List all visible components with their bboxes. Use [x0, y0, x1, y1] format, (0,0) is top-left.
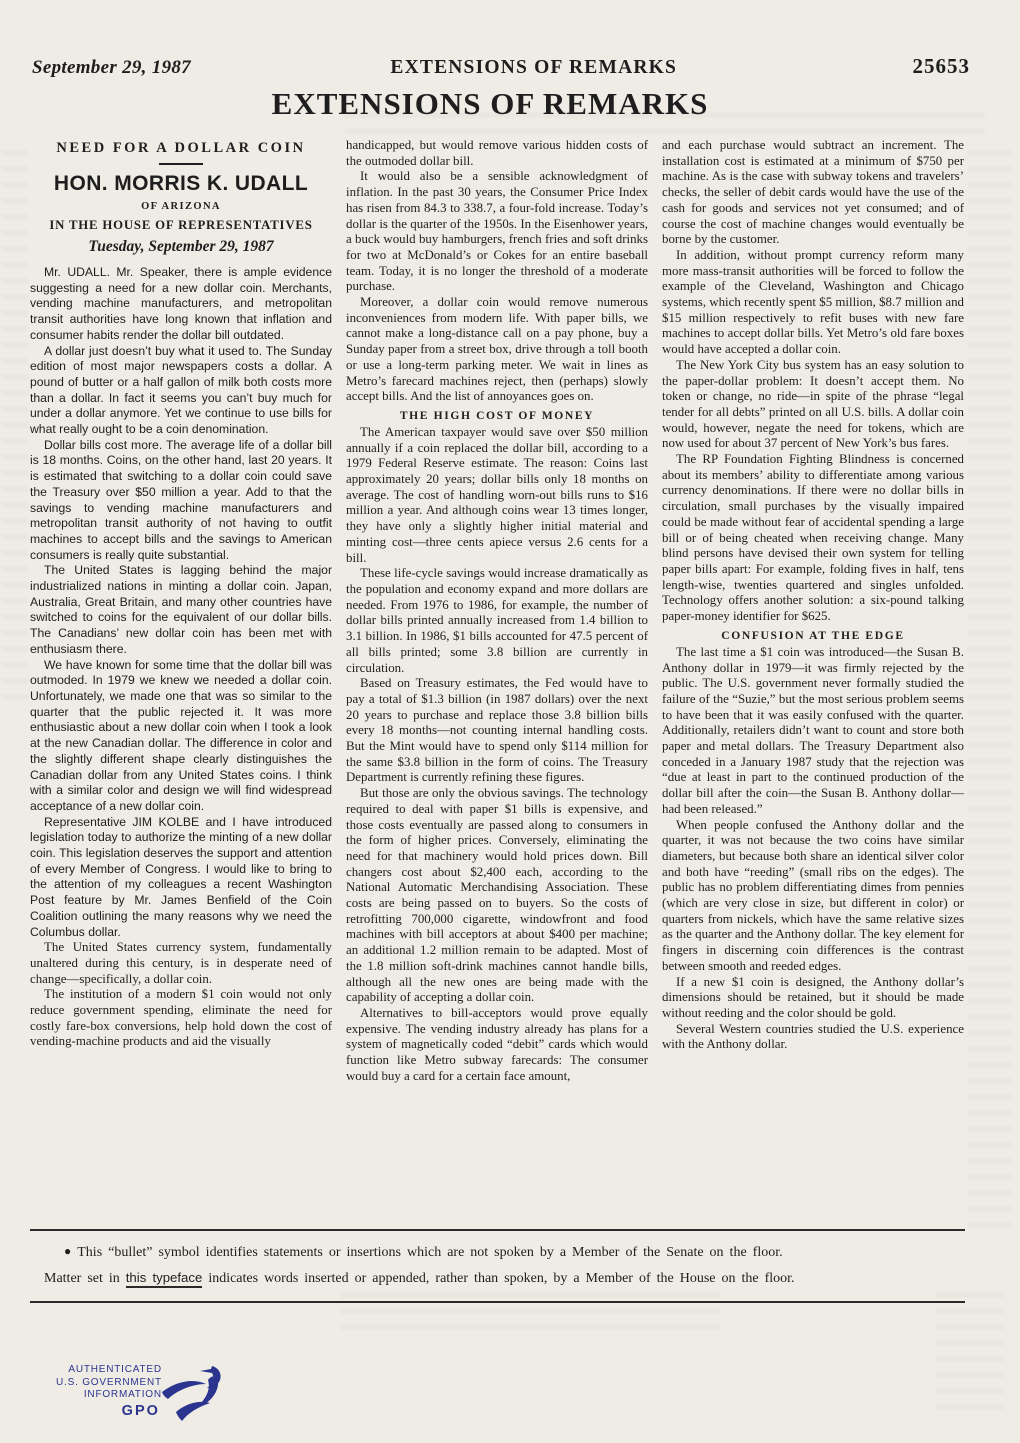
eagle-icon	[156, 1362, 228, 1428]
congressional-record-page: September 29, 1987 EXTENSIONS OF REMARKS…	[0, 0, 1020, 1443]
chamber-line: IN THE HOUSE OF REPRESENTATIVES	[30, 218, 332, 233]
footer-line-1: ●This “bullet” symbol identifies stateme…	[30, 1239, 965, 1265]
footer-line-2: Matter set in this typeface indicates wo…	[30, 1265, 965, 1291]
gpo-line-government: U.S. GOVERNMENT	[56, 1377, 162, 1390]
paragraph: The United States currency system, funda…	[30, 940, 332, 987]
speaker-name: HON. MORRIS K. UDALL	[30, 172, 332, 196]
column-2-body: handicapped, but would remove various hi…	[346, 138, 648, 1084]
column-1-body: Mr. UDALL. Mr. Speaker, there is ample e…	[30, 265, 332, 1050]
date-line: Tuesday, September 29, 1987	[30, 238, 332, 256]
paragraph: Based on Treasury estimates, the Fed wou…	[346, 676, 648, 786]
article-kicker: NEED FOR A DOLLAR COIN	[30, 140, 332, 157]
kicker-rule	[159, 163, 203, 165]
paragraph: handicapped, but would remove various hi…	[346, 138, 648, 169]
running-header: September 29, 1987 EXTENSIONS OF REMARKS…	[32, 54, 970, 79]
paragraph: The New York City bus system has an easy…	[662, 358, 964, 452]
gpo-wordmark: GPO	[56, 1405, 162, 1418]
header-date: September 29, 1987	[32, 57, 191, 79]
paragraph: In addition, without prompt currency ref…	[662, 248, 964, 358]
header-section-title: EXTENSIONS OF REMARKS	[390, 57, 677, 79]
gpo-seal-text: AUTHENTICATED U.S. GOVERNMENT INFORMATIO…	[56, 1364, 162, 1417]
paragraph: The United States is lagging behind the …	[30, 563, 332, 657]
paragraph: The RP Foundation Fighting Blindness is …	[662, 452, 964, 625]
header-page-number: 25653	[912, 54, 970, 79]
gpo-line-information: INFORMATION	[56, 1389, 162, 1402]
footer-line-1-text: This “bullet” symbol identifies statemen…	[77, 1245, 782, 1260]
paragraph: If a new $1 coin is designed, the Anthon…	[662, 975, 964, 1022]
paragraph: It would also be a sensible acknowledgme…	[346, 169, 648, 295]
print-bleedthrough	[2, 150, 28, 710]
column-3-body: and each purchase would subtract an incr…	[662, 138, 964, 1053]
article-columns: NEED FOR A DOLLAR COIN HON. MORRIS K. UD…	[30, 138, 964, 1216]
paragraph: Moreover, a dollar coin would remove num…	[346, 295, 648, 405]
print-bleedthrough	[968, 150, 1012, 1230]
paragraph: The American taxpayer would save over $5…	[346, 425, 648, 566]
column-subheading: THE HIGH COST OF MONEY	[346, 409, 648, 422]
print-bleedthrough	[935, 1292, 1005, 1412]
paragraph: We have known for some time that the dol…	[30, 658, 332, 815]
bullet-icon: ●	[64, 1244, 71, 1258]
page-title: EXTENSIONS OF REMARKS	[0, 86, 980, 122]
paragraph: These life-cycle savings would increase …	[346, 566, 648, 676]
paragraph: But those are only the obvious savings. …	[346, 786, 648, 1006]
paragraph: Alternatives to bill-acceptors would pro…	[346, 1006, 648, 1085]
column-2: handicapped, but would remove various hi…	[346, 138, 648, 1216]
gpo-authentication-seal: AUTHENTICATED U.S. GOVERNMENT INFORMATIO…	[56, 1364, 228, 1428]
footer-line-2-pre: Matter set in	[44, 1271, 126, 1286]
footer-typeface-sample: this typeface	[126, 1270, 203, 1288]
paragraph: The last time a $1 coin was introduced—t…	[662, 645, 964, 818]
column-1: NEED FOR A DOLLAR COIN HON. MORRIS K. UD…	[30, 138, 332, 1216]
column-3: and each purchase would subtract an incr…	[662, 138, 964, 1216]
paragraph: The institution of a modern $1 coin woul…	[30, 987, 332, 1050]
paragraph: and each purchase would subtract an incr…	[662, 138, 964, 248]
paragraph: Dollar bills cost more. The average life…	[30, 438, 332, 564]
paragraph: Representative JIM KOLBE and I have intr…	[30, 815, 332, 941]
footer-note: ●This “bullet” symbol identifies stateme…	[30, 1229, 965, 1303]
paragraph: A dollar just doesn’t buy what it used t…	[30, 344, 332, 438]
paragraph: Several Western countries studied the U.…	[662, 1022, 964, 1053]
paragraph: When people confused the Anthony dollar …	[662, 818, 964, 975]
paragraph: Mr. UDALL. Mr. Speaker, there is ample e…	[30, 265, 332, 344]
gpo-line-authenticated: AUTHENTICATED	[56, 1364, 162, 1377]
footer-line-2-post: indicates words inserted or appended, ra…	[202, 1271, 794, 1286]
speaker-state: OF ARIZONA	[30, 201, 332, 212]
column-subheading: CONFUSION AT THE EDGE	[662, 629, 964, 642]
